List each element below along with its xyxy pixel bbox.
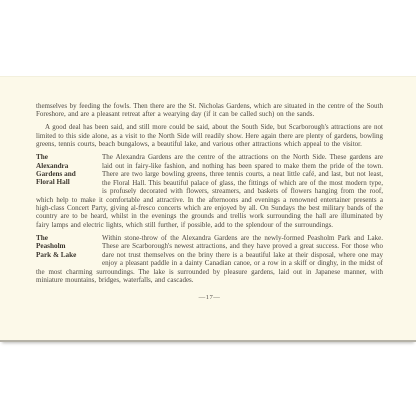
paragraph-north-side-intro: A good deal has been said, and still mor… — [36, 123, 383, 148]
side-heading-peasholm-park: The Peasholm Park & Lake — [36, 234, 102, 266]
side-heading-alexandra-gardens: The Alexandra Gardens and Floral Hall — [36, 153, 102, 193]
section-alexandra-gardens: The Alexandra Gardens and Floral Hall Th… — [36, 153, 383, 234]
section-peasholm-park: The Peasholm Park & Lake Within stone-th… — [36, 234, 383, 289]
page-content: themselves by feeding the fowls. Then th… — [0, 77, 416, 303]
paragraph-st-nicholas-gardens: themselves by feeding the fowls. Then th… — [36, 102, 383, 119]
book-page: themselves by feeding the fowls. Then th… — [0, 76, 416, 342]
photo-background: themselves by feeding the fowls. Then th… — [0, 0, 416, 416]
page-number: —17— — [36, 294, 383, 302]
